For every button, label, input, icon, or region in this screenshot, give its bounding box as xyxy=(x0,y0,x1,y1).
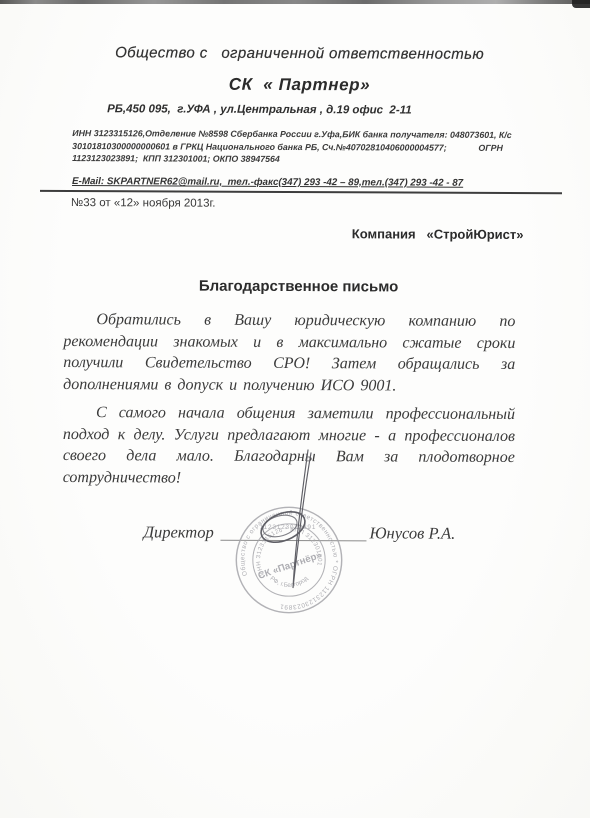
org-name-line: СК « Партнер» xyxy=(4,74,590,97)
scanned-letter-page: Общество с ограниченной ответственностью… xyxy=(0,0,590,818)
signature-loop xyxy=(257,506,310,548)
bank-details-line-3: 1123123023891; КПП 312301001; ОКПО 38947… xyxy=(72,152,532,167)
email-fax-line: E-Mail: SKPARTNER62@mail.ru, тел.-факс(3… xyxy=(72,176,463,189)
director-label: Директор xyxy=(143,522,213,542)
header-divider-rule xyxy=(40,190,562,194)
paragraph-1: Обратились в Вашу юридическую компанию п… xyxy=(63,309,515,397)
org-address-line: РБ,450 095, г.УФА , ул.Центральная , д.1… xyxy=(0,103,554,118)
handwritten-signature xyxy=(223,438,353,598)
letter-content: Общество с ограниченной ответственностью… xyxy=(0,0,590,818)
bank-details: ИНН 3123315126,Отделение №8598 Сбербанка… xyxy=(72,127,532,167)
org-type-line: Общество с ограниченной ответственностью xyxy=(5,44,590,64)
director-name: Юнусов Р.А. xyxy=(369,523,455,543)
letter-title: Благодарственное письмо xyxy=(4,277,590,297)
ref-number-date-line: №33 от «12» ноября 2013г. xyxy=(71,197,216,210)
recipient-line: Компания «СтройЮрист» xyxy=(352,226,524,242)
